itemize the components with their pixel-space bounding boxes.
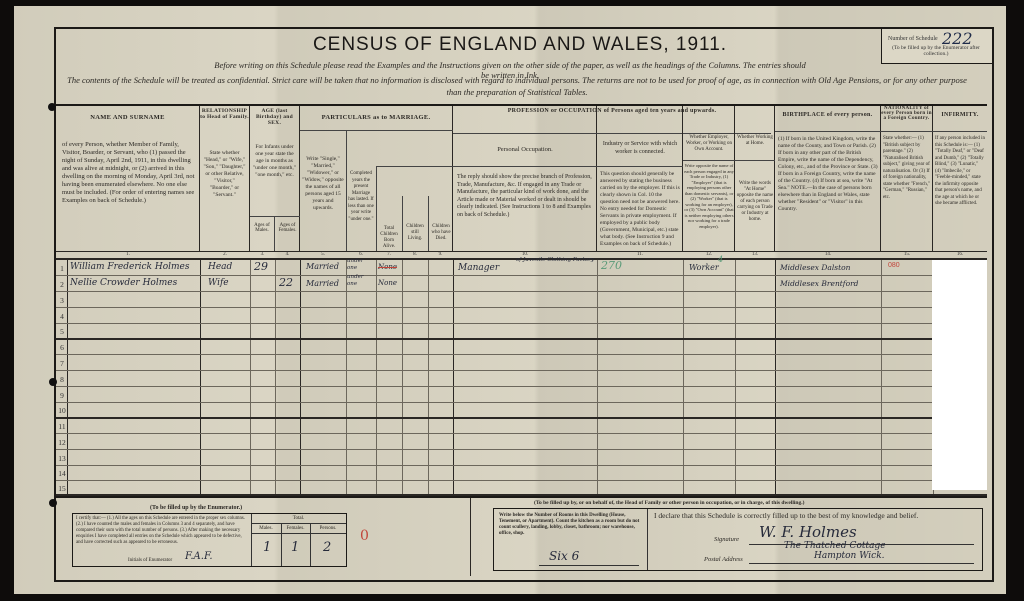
postal-address-line-1: The Thatched Cottage: [784, 541, 886, 551]
col-header-industry: Industry or Service with which worker is…: [597, 106, 683, 251]
row1-name: William Frederick Holmes: [70, 262, 190, 272]
household-heading: (To be filled up by, or on behalf of, th…: [534, 500, 804, 507]
row-number: 4: [57, 312, 67, 321]
row-number: 7: [57, 359, 67, 368]
col-header-marriage: PARTICULARS as to MARRIAGE. Write "Singl…: [300, 106, 453, 251]
row-number: 10: [57, 406, 67, 415]
colnum-6: 6.: [346, 252, 376, 257]
declaration-text: I declare that this Schedule is correctl…: [654, 512, 918, 519]
instruction-line-2: The contents of the Schedule will be tre…: [62, 75, 972, 85]
colnum-1: 1.: [56, 252, 200, 257]
row1-age-male: 29: [254, 260, 268, 273]
enumerator-heading: (To be filled up by the Enumerator.): [150, 505, 242, 512]
row-number: 5: [57, 327, 67, 336]
postal-address-line-2: Hampton Wick.: [814, 551, 885, 561]
row-number: 9: [57, 391, 67, 400]
colnum-13: 13.: [735, 252, 775, 257]
certify-text: I certify that:— (1.) All the ages on th…: [76, 516, 248, 546]
enumerator-certify-box: I certify that:— (1.) All the ages on th…: [72, 513, 347, 567]
col-header-nationality: NATIONALITY of every Person born in a Fo…: [881, 106, 933, 251]
punch-hole: [48, 103, 56, 111]
total-label: Total.: [251, 515, 346, 522]
col-header-at-home: Whether Working at Home. Write the words…: [735, 106, 775, 251]
schedule-number-label: Number of Schedule: [888, 36, 938, 42]
total-females: 1: [291, 540, 299, 555]
row1-employment: Worker: [689, 263, 719, 272]
instruction-line-3: than the preparation of Statistical Tabl…: [62, 87, 972, 97]
schedule-number-note: (To be filled up by the Enumerator after…: [886, 45, 986, 57]
row-number: 8: [57, 375, 67, 384]
row1-marriage: Married: [306, 262, 339, 271]
colnum-11: 11.: [597, 252, 683, 257]
col-header-name: NAME AND SURNAME of every Person, whethe…: [56, 106, 200, 251]
col-header-birthplace: BIRTHPLACE of every person. (1) If born …: [775, 106, 881, 251]
col-header-age: AGE (last Birthday) and SEX. For Infants…: [250, 106, 300, 251]
females-label: Females.: [281, 525, 310, 532]
row1-nationality-code: 080: [888, 262, 900, 269]
row-number: 13: [57, 454, 67, 463]
colnum-16: 16.: [933, 252, 987, 257]
row-number: 1: [57, 264, 67, 273]
household-box: Write below the Number of Rooms in this …: [493, 508, 983, 571]
colnum-2: 2.: [200, 252, 250, 257]
row2-children-born: None: [378, 279, 397, 287]
rooms-count: Six 6: [549, 549, 579, 563]
schedule-number-box: Number of Schedule 222 (To be filled up …: [881, 28, 993, 64]
row2-age-female: 22: [279, 276, 293, 289]
row-number: 3: [57, 296, 67, 305]
redacted-infirmity-area: [932, 260, 987, 490]
row1-employment-code: 4: [718, 255, 723, 264]
red-check-mark: 0: [360, 528, 369, 544]
row-number: 11: [57, 422, 67, 431]
postal-address-label: Postal Address: [704, 556, 743, 563]
row-number: 12: [57, 438, 67, 447]
col-header-employment: Whether Employer, Worker, or Working on …: [683, 106, 735, 251]
row2-marriage: Married: [306, 279, 339, 288]
footer-top-rule: [56, 496, 987, 498]
row-number: 6: [57, 343, 67, 352]
row1-years-married: under one: [347, 258, 375, 272]
colnum-4: 4.: [275, 252, 300, 257]
row1-occupation: Manager: [458, 263, 499, 273]
total-persons: 2: [323, 540, 331, 555]
punch-hole: [49, 378, 57, 386]
signature-label: Signature: [714, 536, 739, 543]
colnum-12: 12.: [683, 252, 735, 257]
initials-label: Initials of Enumerator: [128, 557, 172, 564]
colnum-15: 15.: [881, 252, 933, 257]
col-header-occupation: PROFESSION or OCCUPATION of Persons aged…: [453, 106, 597, 251]
colnum-9: 9.: [428, 252, 453, 257]
row2-name: Nellie Crowder Holmes: [70, 278, 177, 288]
row-number: 15: [57, 484, 67, 493]
entries-grid: 1 2 3 4 5 6 7 8 9 10 11 12 13 14 15 Will…: [56, 260, 987, 496]
col-header-infirmity: INFIRMITY. If any person included in thi…: [933, 106, 987, 251]
colnum-3: 3.: [250, 252, 275, 257]
row2-relationship: Wife: [208, 278, 229, 288]
enumerator-initials: F.A.F.: [185, 551, 213, 562]
persons-label: Persons.: [310, 525, 346, 532]
row-number: 14: [57, 469, 67, 478]
row1-children-born: None: [378, 263, 397, 271]
signature: W. F. Holmes: [759, 523, 857, 541]
row1-relationship: Head: [208, 262, 232, 272]
row2-birthplace: Middlesex Brentford: [780, 279, 858, 288]
page-title: CENSUS OF ENGLAND AND WALES, 1911.: [290, 34, 750, 56]
col-header-relationship: RELATIONSHIP to Head of Family. State wh…: [200, 106, 250, 251]
rooms-instruction: Write below the Number of Rooms in this …: [499, 513, 644, 537]
males-label: Males.: [251, 525, 281, 532]
row-number: 2: [57, 280, 67, 289]
colnum-7: 7.: [376, 252, 402, 257]
colnum-8: 8.: [402, 252, 428, 257]
colnum-5: 5.: [300, 252, 346, 257]
row1-birthplace: Middlesex Dalston: [780, 263, 851, 272]
row1-occupation-code: 270: [601, 259, 622, 272]
punch-hole: [49, 499, 57, 507]
colnum-14: 14.: [775, 252, 881, 257]
footer-divider: [470, 498, 471, 576]
row2-years-married: under one: [347, 274, 375, 288]
total-males: 1: [263, 540, 271, 555]
row1-occupation-detail: of Juvenile Clothing Factory: [516, 257, 594, 263]
